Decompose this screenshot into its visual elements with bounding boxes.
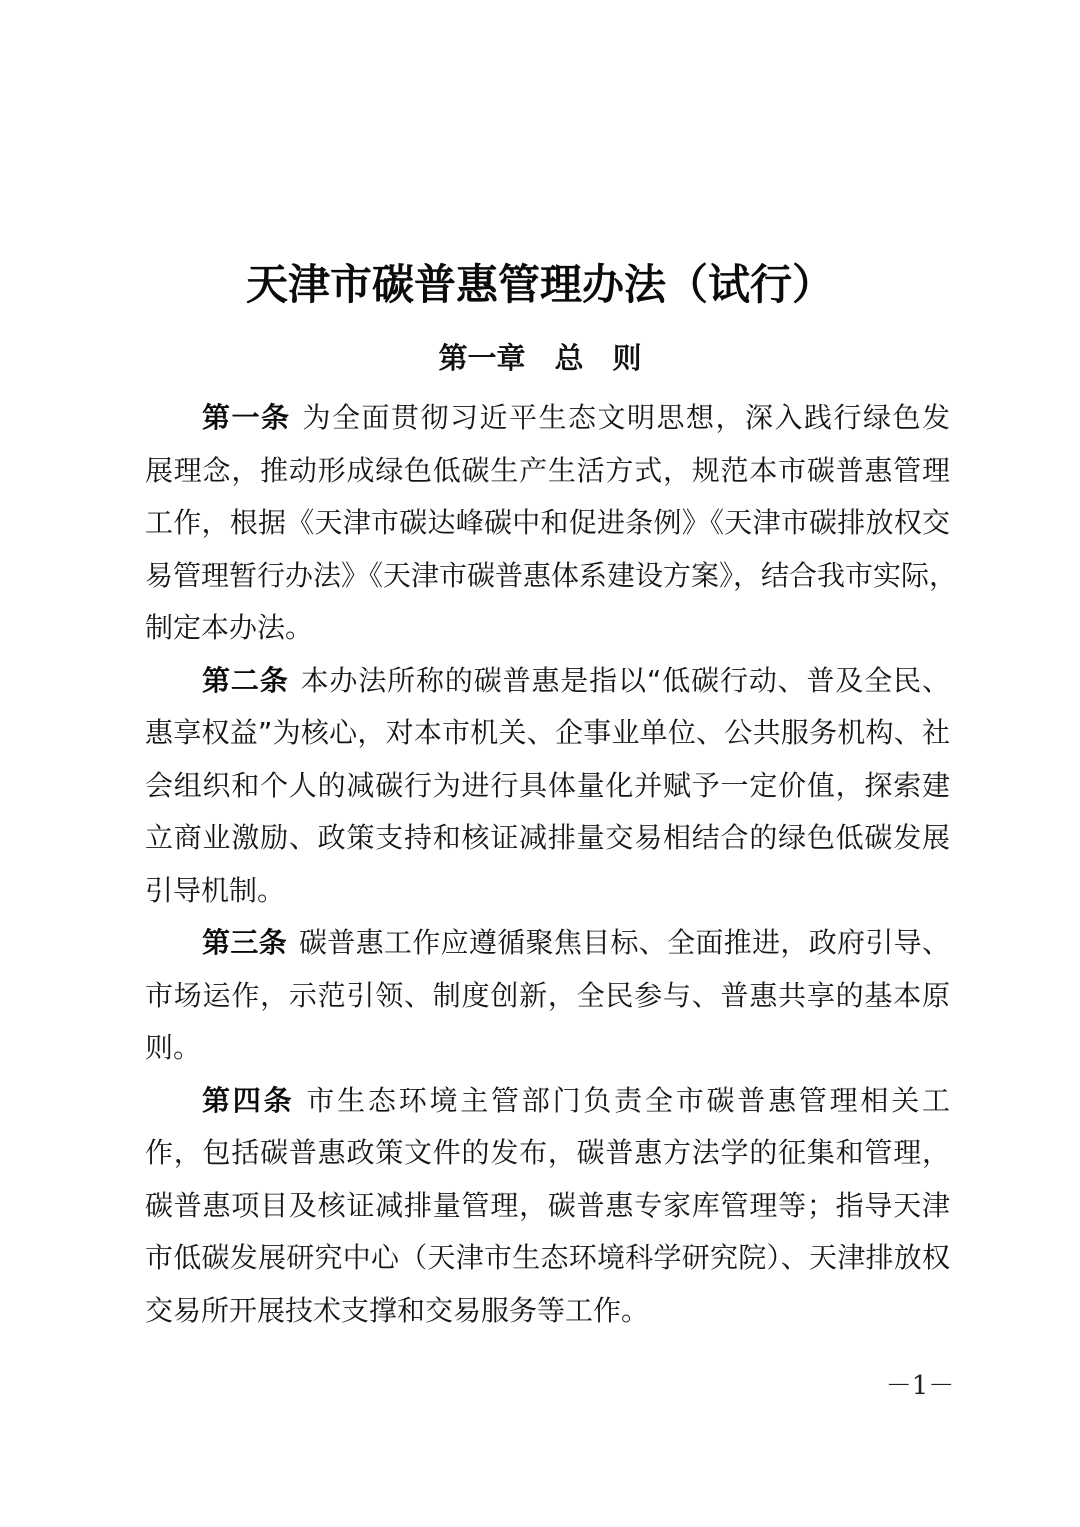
article-line: 第一条为全面贯彻习近平生态文明思想，深入践行绿色发 xyxy=(145,392,950,445)
article-line: 易管理暂行办法》《天津市碳普惠体系建设方案》，结合我市实际， xyxy=(145,550,950,603)
document-page: 天津市碳普惠管理办法（试行） 第一章 总 则 第一条为全面贯彻习近平生态文明思想… xyxy=(0,0,1080,1527)
article-text: 市生态环境主管部门负责全市碳普惠管理相关工 xyxy=(306,1084,950,1117)
article-line: 工作，根据《天津市碳达峰碳中和促进条例》《天津市碳排放权交 xyxy=(145,497,950,550)
article-line: 第三条碳普惠工作应遵循聚焦目标、全面推进，政府引导、 xyxy=(145,917,950,970)
article-text: 碳普惠工作应遵循聚焦目标、全面推进，政府引导、 xyxy=(299,926,950,959)
article-number: 第一条 xyxy=(202,401,291,434)
article-line: 第二条本办法所称的碳普惠是指以“低碳行动、普及全民、 xyxy=(145,655,950,708)
article-line: 第四条市生态环境主管部门负责全市碳普惠管理相关工 xyxy=(145,1075,950,1128)
article-4: 第四条市生态环境主管部门负责全市碳普惠管理相关工 作，包括碳普惠政策文件的发布，… xyxy=(145,1075,950,1338)
article-line: 市场运作，示范引领、制度创新，全民参与、普惠共享的基本原 xyxy=(145,970,950,1023)
article-number: 第二条 xyxy=(202,664,289,697)
page-number: －1－ xyxy=(880,1368,960,1404)
article-line: 立商业激励、政策支持和核证减排量交易相结合的绿色低碳发展 xyxy=(145,812,950,865)
article-line: 引导机制。 xyxy=(145,865,950,918)
article-line: 作，包括碳普惠政策文件的发布，碳普惠方法学的征集和管理， xyxy=(145,1127,950,1180)
document-body: 第一条为全面贯彻习近平生态文明思想，深入践行绿色发 展理念，推动形成绿色低碳生产… xyxy=(145,392,950,1337)
article-line: 则。 xyxy=(145,1022,950,1075)
article-text: 为全面贯彻习近平生态文明思想，深入践行绿色发 xyxy=(303,401,950,434)
article-number: 第四条 xyxy=(202,1084,294,1117)
article-number: 第三条 xyxy=(202,926,287,959)
article-text: 本办法所称的碳普惠是指以“低碳行动、普及全民、 xyxy=(301,664,950,697)
article-line: 惠享权益”为核心，对本市机关、企事业单位、公共服务机构、社 xyxy=(145,707,950,760)
document-title: 天津市碳普惠管理办法（试行） xyxy=(0,256,1080,314)
article-line: 展理念，推动形成绿色低碳生产生活方式，规范本市碳普惠管理 xyxy=(145,445,950,498)
chapter-heading: 第一章 总 则 xyxy=(0,338,1080,378)
article-line: 制定本办法。 xyxy=(145,602,950,655)
article-line: 碳普惠项目及核证减排量管理，碳普惠专家库管理等；指导天津 xyxy=(145,1180,950,1233)
article-line: 会组织和个人的减碳行为进行具体量化并赋予一定价值，探索建 xyxy=(145,760,950,813)
article-1: 第一条为全面贯彻习近平生态文明思想，深入践行绿色发 展理念，推动形成绿色低碳生产… xyxy=(145,392,950,655)
article-2: 第二条本办法所称的碳普惠是指以“低碳行动、普及全民、 惠享权益”为核心，对本市机… xyxy=(145,655,950,918)
article-line: 交易所开展技术支撑和交易服务等工作。 xyxy=(145,1285,950,1338)
article-line: 市低碳发展研究中心（天津市生态环境科学研究院）、天津排放权 xyxy=(145,1232,950,1285)
article-3: 第三条碳普惠工作应遵循聚焦目标、全面推进，政府引导、 市场运作，示范引领、制度创… xyxy=(145,917,950,1075)
